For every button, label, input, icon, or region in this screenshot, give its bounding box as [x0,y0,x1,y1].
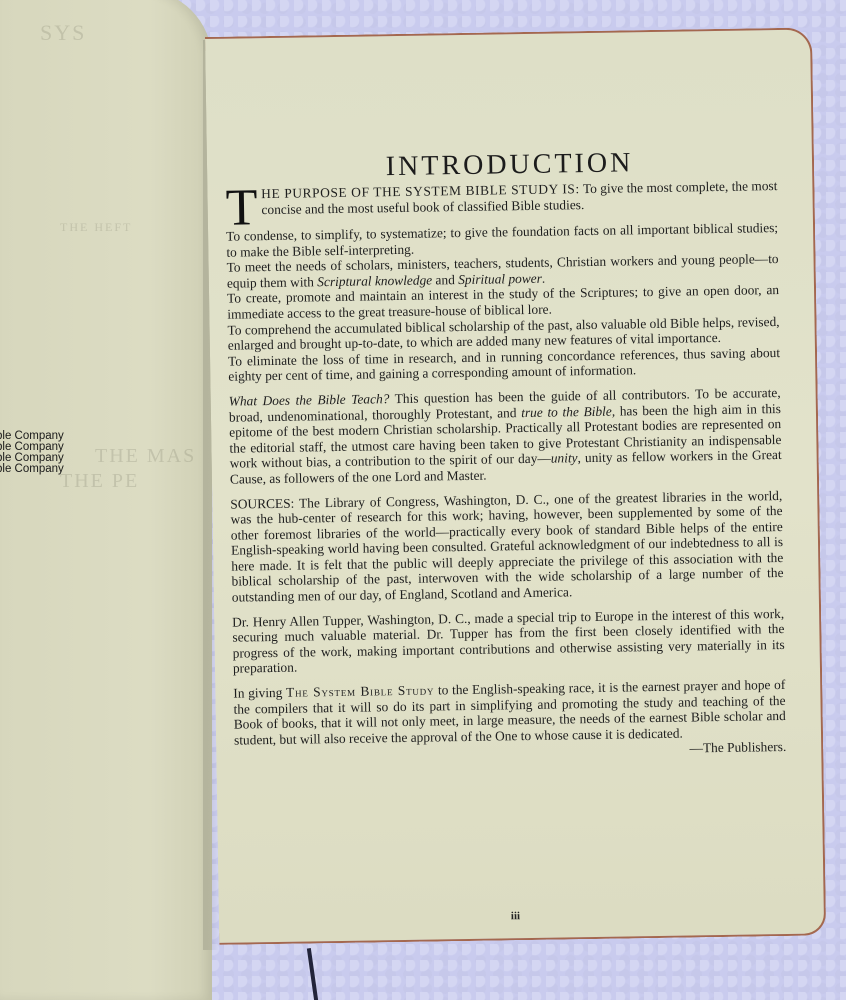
show-through-text: THE MAS [95,445,196,468]
tupper-paragraph: Dr. Henry Allen Tupper, Washington, D. C… [232,606,785,677]
right-page: INTRODUCTION THE PURPOSE OF THE SYSTEM B… [205,27,826,944]
closing-paragraph: In giving The System Bible Study to the … [233,677,786,748]
left-page: SYS THE HEFT THE MAS THE PE ble Company … [0,0,212,1000]
introduction-body: THE PURPOSE OF THE SYSTEM BIBLE STUDY IS… [225,178,786,764]
publisher-imprint: ble Company ble Company ble Company ble … [0,431,64,475]
page-number: iii [511,910,520,922]
imprint-line: ble Company [0,464,64,475]
bible-teach-paragraph: What Does the Bible Teach? This question… [229,385,782,487]
sources-paragraph: SOURCES: The Library of Congress, Washin… [230,487,784,605]
drop-cap: T [225,188,257,228]
bookmark-strap [307,948,319,1000]
show-through-text: THE HEFT [60,220,132,235]
show-through-lines [418,854,421,874]
show-through-text: THE PE [60,470,139,493]
show-through-text: SYS [40,20,86,46]
